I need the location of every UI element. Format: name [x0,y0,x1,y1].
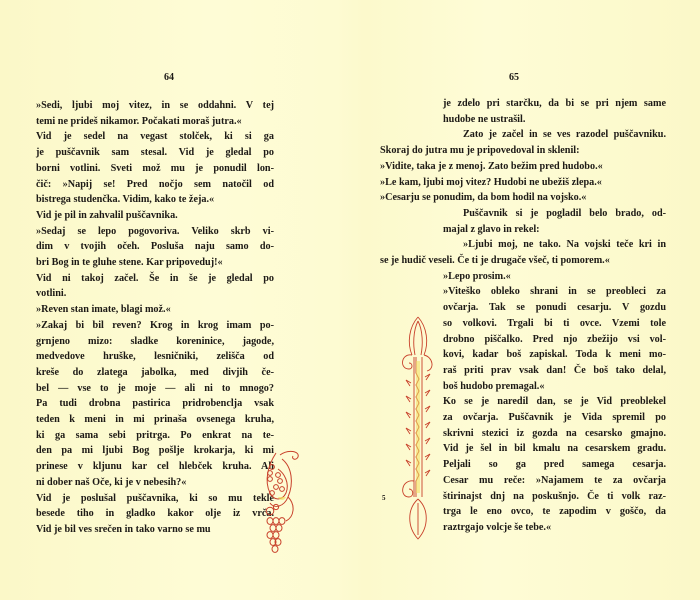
text-line: Skoraj do jutra mu je pripovedoval in sk… [380,143,666,159]
text-line: »Sedaj se lepo pogovoriva. Veliko skrb v… [36,224,274,240]
text-line: dim v tvojih očeh. Posluša naju samo do- [36,239,274,255]
text-line: »Sedi, ljubi moj vitez, in se oddahni. V… [36,98,274,114]
text-line: Zato je začel in se ves razodel puščavni… [380,127,666,143]
text-line: hudobe ne ustrašil. [380,112,666,128]
right-page-number: 65 [509,72,519,83]
text-line: se je hudič veseli. Če ti je drugače vše… [380,253,666,269]
text-line: prinese v kljunu kar cel hlebček kruha. … [36,459,274,475]
left-page-number: 64 [164,72,174,83]
text-line: »Le kam, ljubi moj vitez? Hudobi ne ubež… [380,175,666,191]
leaf-scroll-ornament-icon [397,313,439,543]
text-line: votlini. [36,286,274,302]
text-line: »Lepo prosim.« [380,269,666,285]
text-line: grnjeno mizo: sladke koreninice, jagode, [36,334,274,350]
text-line: bel — vse to je moje — ali ni to mnogo? [36,381,274,397]
text-line: medvedove hruške, lesničniki, zelišča od [36,349,274,365]
text-line: »Zakaj bi bil reven? Krog in krog imam p… [36,318,274,334]
grape-vine-ornament-icon [258,447,308,559]
text-line: »Ljubi moj, ne tako. Na vojski teče kri … [380,237,666,253]
text-line: »Vidite, taka je z menoj. Zato bežim pre… [380,159,666,175]
text-line: bistrega studenčka. Vidim, kako te žeja.… [36,192,274,208]
text-line: majal z glavo in rekel: [380,222,666,238]
text-line: »Cesarju se ponudim, da bom hodil na voj… [380,190,666,206]
text-line: Vid je poslušal puščavnika, ki so mu tek… [36,491,274,507]
left-page-text: »Sedi, ljubi moj vitez, in se oddahni. V… [36,98,274,538]
signature-mark: 5 [382,494,386,502]
text-line: den pa mi ljubi Bog pošlje krokarja, ki … [36,443,274,459]
text-line: Pa tudi drobna pastirica pridrobenclja v… [36,396,274,412]
text-line: »Reven stan imate, blagi mož.« [36,302,274,318]
text-line: Puščavnik si je pogladil belo brado, od- [380,206,666,222]
text-line: je zdelo pri starčku, da bi se pri njem … [380,96,666,112]
text-line: je puščavnik sam stesal. Vid je gledal p… [36,145,274,161]
text-line: ki ga sama sebi pritrga. Po enkrat na te… [36,428,274,444]
text-line: temi ne prideš nikamor. Počakati moraš j… [36,114,274,130]
text-line: besede tiho in gladko kakor olje iz vrča… [36,506,274,522]
text-line: Vid je pil in zahvalil puščavnika. [36,208,274,224]
text-line: Vid je sedel na vegast stolček, ki si ga [36,129,274,145]
text-line: borni votlini. Sveti mož mu je ponudil l… [36,161,274,177]
text-line: bri Bog in te gluhe stene. Kar pripovedu… [36,255,274,271]
text-line: ni dober naš Oče, ki je v nebesih?« [36,475,274,491]
text-line: Vid je bil ves srečen in tako varno se m… [36,522,274,538]
book-spread: 64 65 »Sedi, ljubi moj vitez, in se odda… [0,0,700,600]
text-line: Vid ni takoj začel. Še in še je gledal p… [36,271,274,287]
text-line: čič: »Napij se! Pred nočjo sem natočil o… [36,177,274,193]
text-line: teden k meni in mi prinaša ovsenega kruh… [36,412,274,428]
text-line: kreše do zlatega jabolka, med divjih če- [36,365,274,381]
text-line: »Viteško obleko shrani in se preobleci z… [380,284,666,300]
